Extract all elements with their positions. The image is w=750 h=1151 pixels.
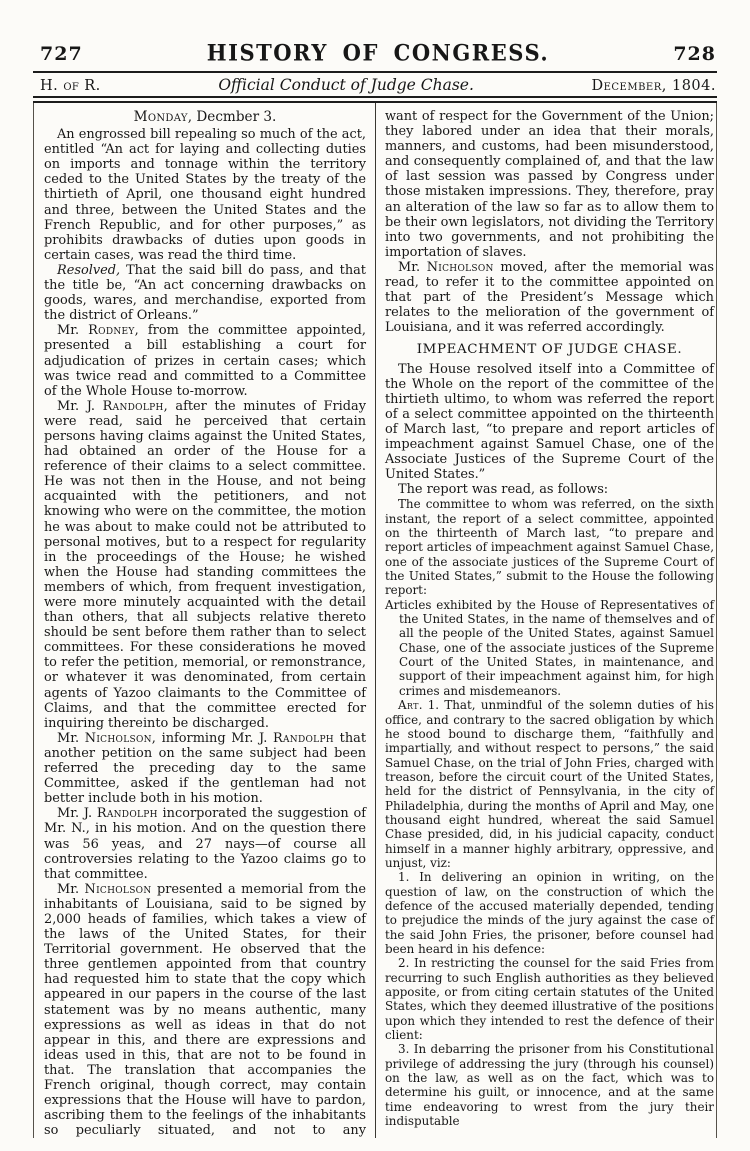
running-head-chamber: H. of R. [40,78,101,94]
page-header: 727 HISTORY OF CONGRESS. 728 [0,0,750,71]
paragraph: The House resolved itself into a Committ… [385,362,714,483]
right-page-number: 728 [673,43,716,65]
paragraph: Mr. Nicholson moved, after the memorial … [385,260,714,335]
paragraph: Resolved, That the said bill do pass, an… [44,263,366,323]
paragraph: Mr. Nicholson, informing Mr. J. Randolph… [44,731,366,806]
paragraph: want of respect for the Government of th… [385,109,714,260]
paragraph: An engrossed bill repealing so much of t… [44,127,366,263]
paragraph: Mr. Rodney, from the committee appointed… [44,323,366,398]
paragraph: 3. In debarring the prisoner from his Co… [385,1042,714,1128]
section-heading: IMPEACHMENT OF JUDGE CHASE. [385,342,714,357]
page-title: HISTORY OF CONGRESS. [207,39,549,65]
text-columns: Monday, Decmber 3.An engrossed bill repe… [33,103,717,1138]
right-column: want of respect for the Government of th… [376,103,716,1138]
left-column: Monday, Decmber 3.An engrossed bill repe… [34,103,376,1138]
paragraph: Art. 1. That, unmindful of the solemn du… [385,698,714,870]
paragraph: Articles exhibited by the House of Repre… [385,598,714,698]
running-head: H. of R. Official Conduct of Judge Chase… [0,73,750,96]
left-page-number: 727 [40,43,83,65]
double-rule [33,96,717,103]
running-head-date: December, 1804. [591,78,716,94]
paragraph: Mr. J. Randolph, after the minutes of Fr… [44,399,366,731]
paragraph: Mr. Nicholson presented a memorial from … [44,882,366,1139]
paragraph: 2. In restricting the counsel for the sa… [385,956,714,1042]
running-head-subject: Official Conduct of Judge Chase. [218,76,474,94]
paragraph: The committee to whom was referred, on t… [385,497,714,597]
paragraph: The report was read, as follows: [385,482,714,497]
paragraph: 1. In delivering an opinion in writing, … [385,870,714,956]
date-heading: Monday, Decmber 3. [44,110,366,125]
document-page: 727 HISTORY OF CONGRESS. 728 H. of R. Of… [0,0,750,1151]
paragraph: Mr. J. Randolph incorporated the suggest… [44,806,366,881]
